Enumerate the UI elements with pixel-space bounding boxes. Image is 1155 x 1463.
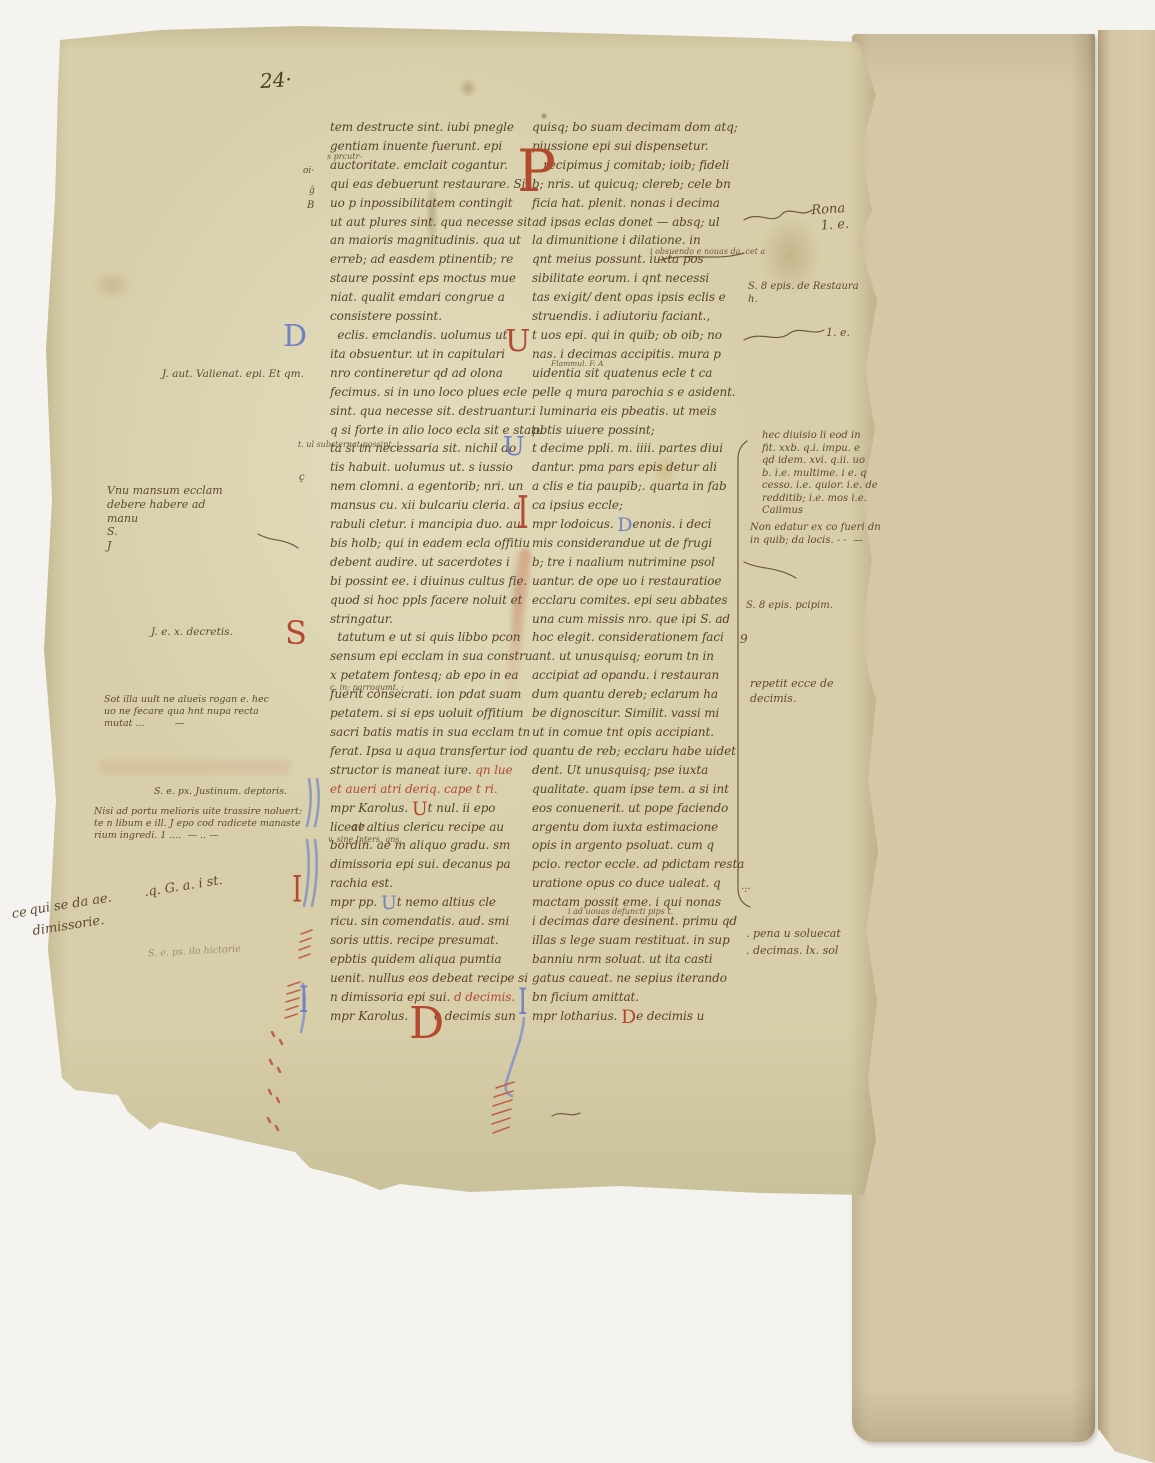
margin-note-mansum: Vnu mansum ecclam debere habere ad manu …: [107, 484, 223, 553]
col2-line-lodoicus: mpr lodoicus.: [532, 517, 617, 531]
col1-block-f: e decimis sun: [434, 1009, 516, 1023]
col1-block-e: t nemo altius cle ricu. sin comendatis. …: [330, 895, 528, 1004]
col1-block-b: eclis. emclandis. uolumus ut ita obsuent…: [330, 328, 543, 626]
backing-sheet: [852, 34, 1095, 1442]
margin-note-justinum: S. e. px. Justinum. deptoris.: [154, 786, 287, 798]
initial-s-statutum: S: [285, 617, 307, 649]
initial-i-impr-lotharius: I: [518, 984, 527, 1020]
interlinear-note-4: c. in; parroqumt. ;: [330, 683, 404, 692]
initial-u-ut-uos: U: [505, 327, 530, 357]
underlying-page-edge: [1098, 30, 1155, 1463]
interlinear-note-8: i ad uouas defuncti pips t.: [568, 907, 673, 916]
faded-red-ghost-text: [100, 760, 290, 774]
col2-block-e: enonis. i deci mis considerandue ut de f…: [532, 517, 744, 1004]
margin-note-decretis: J. e. x. decretis.: [151, 626, 233, 639]
col2-block-b: recipimus j comitab; ioib; fideli b; nri…: [532, 158, 731, 323]
initial-i-impr-karolus: I: [299, 982, 308, 1018]
initial-p-precipimus: P: [517, 142, 556, 200]
margin-note-hec-diuisio: hec diuisio li eod in fit. xxb. q.i. imp…: [762, 430, 878, 518]
margin-note-ie: 1. e.: [826, 326, 850, 340]
col1-block-a: tem destructe sint. iubi pnegle gentiam …: [330, 120, 532, 323]
col1-line-karolus: mpr Karolus.: [330, 801, 412, 815]
folio-number: 24·: [259, 67, 292, 93]
col1-rubric-d: d decimis.: [454, 990, 515, 1004]
col2-initial-d1: D: [617, 514, 632, 536]
interlinear-note-flammul: Flammul. F. A: [551, 359, 604, 368]
initial-d-ecclesiis: D: [283, 322, 307, 352]
col1-line-pp: mpr pp.: [330, 895, 381, 909]
col2-block-a: quisq; bo suam decimam dom atq; piussion…: [532, 120, 738, 153]
initial-i-impr-lodoicus: I: [517, 492, 529, 537]
initial-d-de-decimis: D: [409, 1002, 444, 1046]
interlinear-note-1: s prcutr-: [327, 152, 362, 161]
col2-block-d: t decime ppli. m. iiii. partes diui dant…: [532, 441, 727, 512]
margin-glyph-dots: ·:·: [741, 884, 751, 897]
initial-i-impr-pp: I: [292, 872, 302, 908]
col1-initial-u1: U: [412, 798, 428, 820]
col1-block-c: tatutum e ut si quis libbo pcon sensum e…: [330, 630, 532, 776]
margin-glyph-g: ĝ: [309, 186, 315, 197]
margin-note-non-edatur: Non edatur ex co fueri dn in quib; da lo…: [750, 522, 881, 547]
margin-glyph-b: B: [307, 200, 314, 213]
initial-u-ut-decime: U: [503, 434, 525, 460]
col2-block-c: t uos epi. qui in quib; ob oib; no nas. …: [532, 328, 736, 437]
margin-note-restaura: S. 8 epis. de Restaura h.: [748, 281, 859, 306]
col2-line-lotharius: mpr lotharius.: [532, 1009, 621, 1023]
margin-note-sot-illa: Sot illa uult ne alueis rogan e. hec uo …: [104, 694, 269, 730]
margin-note-valienat: J. aut. Valienat. epi. Et qm.: [162, 368, 304, 381]
margin-note-nisi: Nisi ad portu melioris uite trassire nol…: [94, 806, 302, 842]
margin-glyph-9: 9: [740, 632, 748, 647]
margin-note-ce: ce: [11, 905, 28, 923]
interlinear-note-3: t. ul substernat possint. i.: [298, 440, 402, 449]
margin-note-repetit: repetit ecce de decimis.: [750, 676, 834, 707]
interlinear-correction-ae: ae: [351, 820, 365, 833]
margin-glyph-c: ç: [299, 472, 305, 485]
col2-initial-d2: D: [621, 1006, 636, 1028]
col2-block-f: e decimis u: [636, 1009, 704, 1023]
col1-initial-u2: U: [381, 892, 397, 914]
margin-note-pena: . pena u soluecat . decimas. lx. sol: [746, 926, 841, 959]
margin-glyph-oi: oi·: [303, 166, 314, 177]
interlinear-note-5: v. sine Inters. qns.: [328, 835, 402, 844]
manuscript-photograph: 24· tem destructe sint. iubi pnegle gent…: [0, 0, 1155, 1463]
interlinear-note-7: i obsuendo e nouas da. cet a: [650, 247, 765, 256]
margin-note-rona: Rona 1. e.: [811, 201, 850, 236]
text-column-1: tem destructe sint. iubi pnegle gentiam …: [330, 118, 528, 1026]
margin-note-pcipim: S. 8 epis. pcipim.: [746, 600, 833, 613]
